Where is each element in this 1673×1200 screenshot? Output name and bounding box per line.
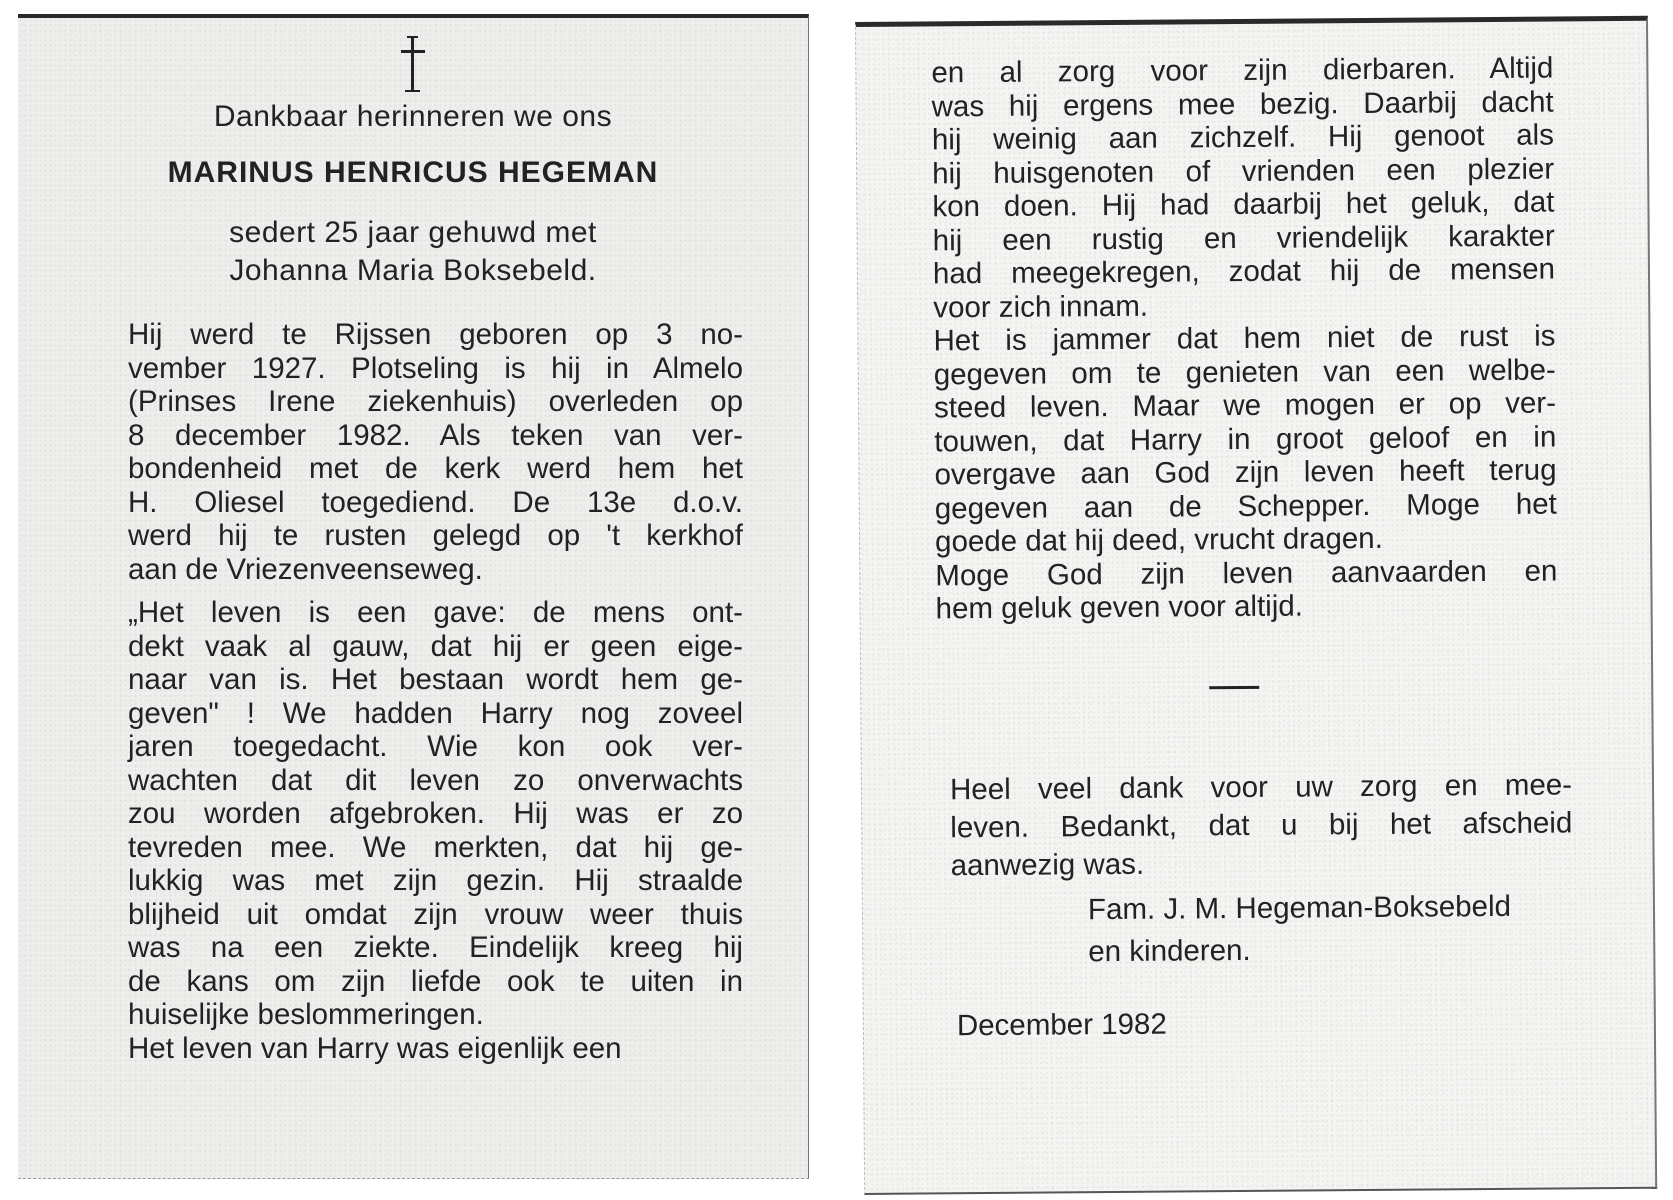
text-line: Hij werd te Rijssen geboren op 3 no- [128,318,743,352]
text-line: huiselijke beslommeringen. [128,998,743,1032]
text-line: dekt vaak al gauw, dat hij er geen eige- [128,630,743,664]
text-line: bondenheid met de kerk werd hem het [128,452,743,486]
text-line: had meegekregen, zodat hij de mensen [933,253,1555,291]
text-line: zou worden afgebroken. Hij was er zo [128,797,743,831]
text-line: en al zorg voor zijn dierbaren. Altijd [931,52,1553,90]
text-line: hij een rustig en vriendelijk karakter [933,219,1555,257]
text-line: „Het leven is een gave: de mens ont- [128,596,743,630]
continuation-paragraph: en al zorg voor zijn dierbaren. Altijdwa… [931,52,1557,626]
text-line: hij huisgenoten of vrienden een plezier [932,152,1554,190]
text-line: werd hij te rusten gelegd op 't kerkhof [128,519,743,553]
text-line: hem geluk geven voor altijd. [935,588,1557,626]
text-line: gegeven om te genieten van een welbe- [934,353,1556,391]
text-line: goede dat hij deed, vrucht dragen. [935,521,1557,559]
text-line: jaren toegedacht. Wie kon ook ver- [128,730,743,764]
text-line: touwen, dat Harry in groot geloof en in [934,420,1556,458]
text-line: Het leven van Harry was eigenlijk een [128,1032,743,1066]
text-line: H. Oliesel toegediend. De 13e d.o.v. [128,486,743,520]
text-line: Het is jammer dat hem niet de rust is [933,320,1555,358]
date-text: December 1982 [957,1008,1167,1044]
reflection-paragraph: „Het leven is een gave: de mens ont-dekt… [128,596,743,1065]
text-line: vember 1927. Plotseling is hij in Almelo [128,352,743,386]
cross-icon [398,36,428,92]
text-line: geven" ! We hadden Harry nog zoveel [128,697,743,731]
text-line: naar van is. Het bestaan wordt hem ge- [128,663,743,697]
deceased-name: MARINUS HENRICUS HEGEMAN [18,156,808,190]
text-line: wachten dat dit leven zo onverwachts [128,764,743,798]
left-card: Dankbaar herinneren we ons MARINUS HENRI… [18,14,809,1179]
text-line: Heel veel dank voor uw zorg en mee- [950,766,1572,809]
thanks-paragraph: Heel veel dank voor uw zorg en mee-leven… [950,766,1573,885]
signature-line-1: Fam. J. M. Hegeman-Boksebeld [1088,890,1511,927]
text-line: aan de Vriezenveenseweg. [128,553,743,587]
text-line: 8 december 1982. Als teken van ver- [128,419,743,453]
text-line: Moge God zijn leven aanvaarden en [935,554,1557,592]
text-line: (Prinses Irene ziekenhuis) overleden op [128,385,743,419]
text-line: de kans om zijn liefde ook te uiten in [128,965,743,999]
text-line: aanwezig was. [950,842,1572,885]
text-line: hij weinig aan zichzelf. Hij genoot als [932,119,1554,157]
text-line: was na een ziekte. Eindelijk kreeg hij [128,931,743,965]
text-line: blijheid uit omdat zijn vrouw weer thuis [128,898,743,932]
married-line-1: sedert 25 jaar gehuwd met [18,216,808,250]
biography-paragraph: Hij werd te Rijssen geboren op 3 no-vemb… [128,318,743,586]
text-line: lukkig was met zijn gezin. Hij straalde [128,864,743,898]
married-line-2: Johanna Maria Boksebeld. [18,254,808,288]
signature-line-2: en kinderen. [1088,934,1251,969]
text-line: gegeven aan de Schepper. Moge het [935,487,1557,525]
text-line: voor zich innam. [933,286,1555,324]
separator-dash [1209,686,1259,689]
text-line: steed leven. Maar we mogen er op ver- [934,387,1556,425]
text-line: overgave aan God zijn leven heeft terug [934,454,1556,492]
intro-text: Dankbaar herinneren we ons [18,100,808,134]
text-line: leven. Bedankt, dat u bij het afscheid [950,804,1572,847]
right-card: en al zorg voor zijn dierbaren. Altijdwa… [855,16,1657,1195]
text-line: kon doen. Hij had daarbij het geluk, dat [932,186,1554,224]
text-line: tevreden mee. We merkten, dat hij ge- [128,831,743,865]
text-line: was hij ergens mee bezig. Daarbij dacht [932,85,1554,123]
